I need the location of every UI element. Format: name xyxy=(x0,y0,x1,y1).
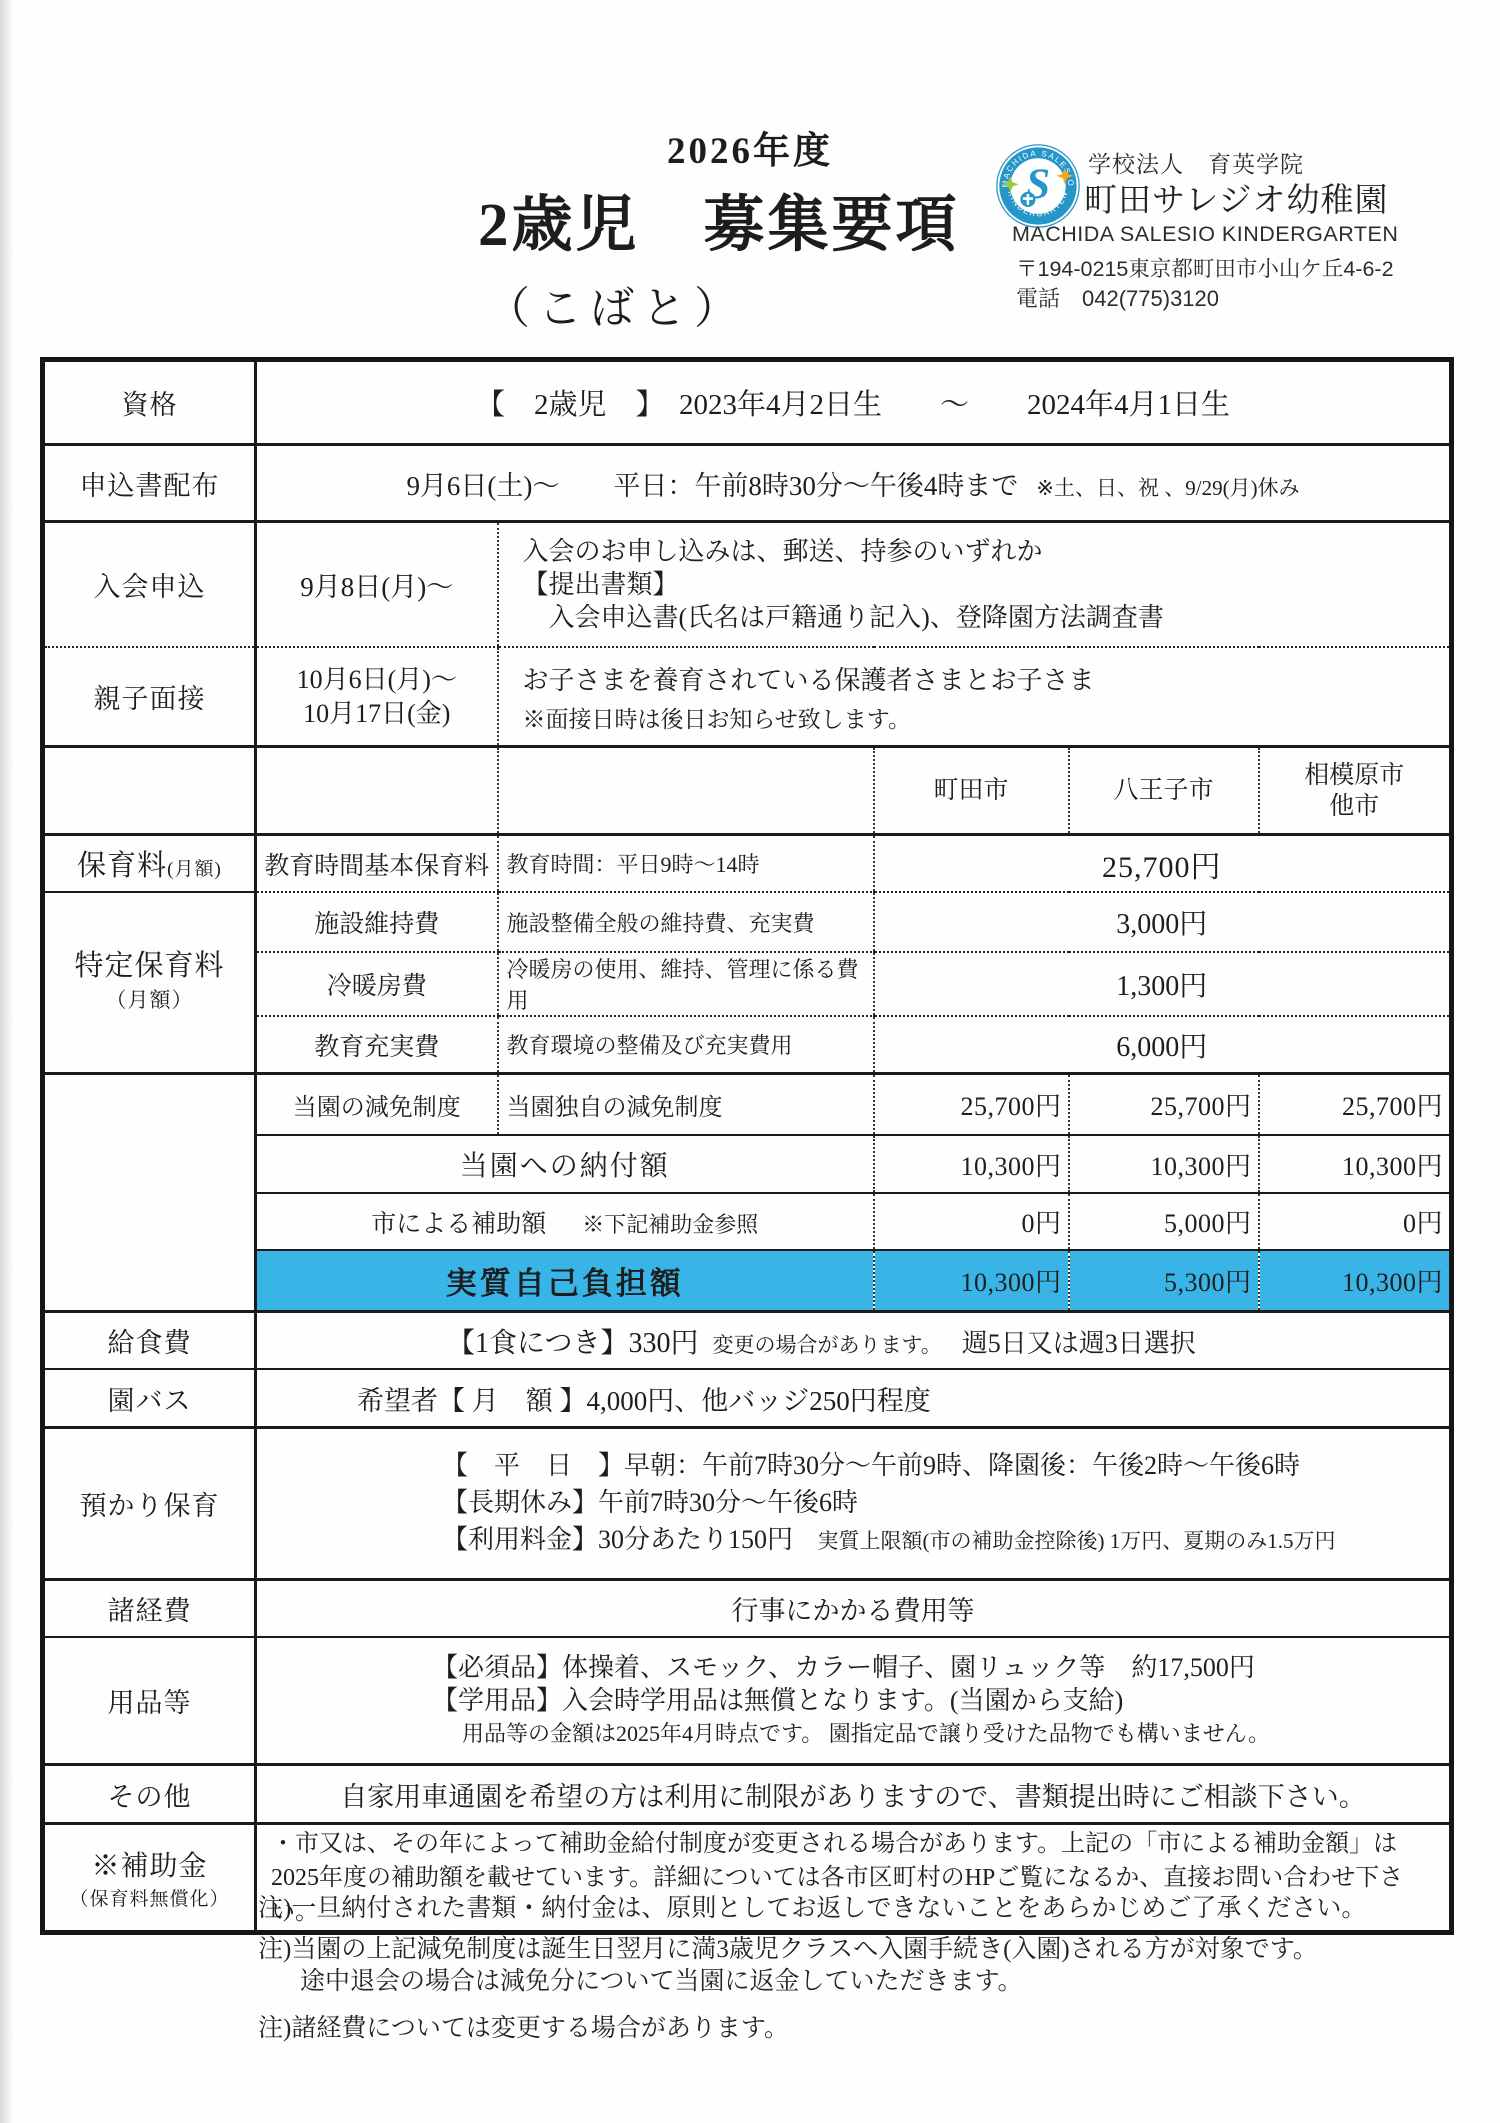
eligibility-label: 資格 xyxy=(43,360,256,445)
application-line-2: 【提出書類】 xyxy=(523,568,1450,601)
application-details: 入会のお申し込みは、郵送、持参のいずれか 【提出書類】 入会申込書(氏名は戸籍通… xyxy=(498,522,1452,648)
row-form-distribution: 申込書配布 9月6日(土)～ 平日：午前8時30分～午後4時まで ※土、日、祝 … xyxy=(43,445,1452,522)
form-distribution-note: ※土、日、祝 、9/29(月)休み xyxy=(1036,476,1299,500)
row-application: 入会申込 9月8日(月)～ 入会のお申し込みは、郵送、持参のいずれか 【提出書類… xyxy=(43,522,1452,648)
row-facility-fee: 特定保育料 （月額） 施設維持費 施設整備全般の維持費、充実費 3,000円 xyxy=(43,892,1452,952)
other-label: その他 xyxy=(43,1765,256,1824)
kindergarten-phone: 電話 042(775)3120 xyxy=(1016,282,1219,313)
subsidy-name-cell: 市による補助額 ※下記補助金参照 xyxy=(256,1193,874,1250)
extended-care-line-3-small: 実質上限額(市の補助金控除後) 1万円、夏期のみ1.5万円 xyxy=(818,1529,1336,1553)
specific-fee-label-main: 特定保育料 xyxy=(45,949,254,983)
reduction-section-spacer xyxy=(43,1074,256,1312)
interview-details: お子さまを養育されている保護者さまとお子さま ※面接日時は後日お知らせ致します。 xyxy=(498,647,1452,747)
heating-fee-desc: 冷暖房の使用、維持、管理に係る費用 xyxy=(498,952,874,1016)
row-supplies: 用品等 【必須品】体操着、スモック、カラー帽子、園リュック等 約17,500円 … xyxy=(43,1637,1452,1765)
row-tuition: 保育料(月額) 教育時間基本保育料 教育時間：平日9時～14時 25,700円 xyxy=(43,835,1452,893)
lunch-fee-content: 【1食につき】330円 変更の場合があります。 週5日又は週3日選択 xyxy=(256,1312,1452,1370)
tuition-label-main: 保育料 xyxy=(77,850,167,882)
other-content: 自家用車通園を希望の方は利用に制限がありますので、書類提出時にご相談下さい。 xyxy=(256,1765,1452,1824)
row-other: その他 自家用車通園を希望の方は利用に制限がありますので、書類提出時にご相談下さ… xyxy=(43,1765,1452,1824)
misc-expenses-label: 諸経費 xyxy=(43,1580,256,1638)
specific-fee-label-small: （月額） xyxy=(45,983,254,1017)
net-cost-value-sagamihara: 10,300円 xyxy=(1259,1250,1452,1312)
interview-date-end: 10月17日(金) xyxy=(257,697,497,731)
payment-name: 当園への納付額 xyxy=(256,1135,874,1193)
row-extended-care: 預かり保育 【 平 日 】早朝：午前7時30分～午前9時、降園後：午後2時～午後… xyxy=(43,1428,1452,1580)
subsidy-name: 市による補助額 xyxy=(371,1211,546,1238)
kindergarten-logo-icon: MACHIDA SALESIO KINDERGARTEN S xyxy=(996,144,1080,228)
tuition-value: 25,700円 xyxy=(874,835,1452,893)
extended-care-line-2: 【長期休み】午前7時30分～午後6時 xyxy=(442,1484,1449,1521)
application-label: 入会申込 xyxy=(43,522,256,648)
extended-care-line-3: 【利用料金】30分あたり150円 実質上限額(市の補助金控除後) 1万円、夏期の… xyxy=(442,1521,1449,1560)
bus-label: 園バス xyxy=(43,1369,256,1428)
row-eligibility: 資格 【 2歳児 】 2023年4月2日生 ～ 2024年4月1日生 xyxy=(43,360,1452,445)
subsidy-note: ※下記補助金参照 xyxy=(582,1212,758,1237)
interview-date: 10月6日(月)～ 10月17日(金) xyxy=(256,647,498,747)
scan-edge xyxy=(0,0,14,2123)
city-header-spacer-3 xyxy=(498,747,874,835)
footer-notes: 注)一旦納付された書類・納付金は、原則としてお返しできないことをあらかじめご了承… xyxy=(258,1893,1448,2045)
city-header-hachioji: 八王子市 xyxy=(1069,747,1259,835)
row-reduction: 当園の減免制度 当園独自の減免制度 25,700円 25,700円 25,700… xyxy=(43,1074,1452,1136)
subsidy-info-label-small: （保育料無償化） xyxy=(45,1884,254,1911)
reduction-name: 当園の減免制度 xyxy=(256,1074,498,1136)
footer-note-3: 注)諸経費については変更する場合があります。 xyxy=(258,2013,1448,2045)
interview-content: お子さまを養育されている保護者さまとお子さま xyxy=(523,660,1450,697)
city-header-machida: 町田市 xyxy=(874,747,1069,835)
interview-note: ※面接日時は後日お知らせ致します。 xyxy=(523,701,1450,734)
education-fee-value: 6,000円 xyxy=(874,1016,1452,1074)
document-page: 2026年度 2歳児 募集要項 （こばと） MACHIDA SALESIO KI… xyxy=(0,0,1500,2123)
document-year: 2026年度 xyxy=(560,120,940,174)
extended-care-label: 預かり保育 xyxy=(43,1428,256,1580)
supplies-line-1: 【必須品】体操着、スモック、カラー帽子、園リュック等 約17,500円 xyxy=(432,1651,1449,1684)
facility-fee-desc: 施設整備全般の維持費、充実費 xyxy=(498,892,874,952)
heating-fee-name: 冷暖房費 xyxy=(256,952,498,1016)
form-distribution-label: 申込書配布 xyxy=(43,445,256,522)
supplies-small-note: 用品等の金額は2025年4月時点です。 園指定品で譲り受けた品物でも構いません。 xyxy=(432,1717,1449,1750)
tuition-item: 教育時間基本保育料 xyxy=(256,835,498,893)
tuition-desc: 教育時間：平日9時～14時 xyxy=(498,835,874,893)
extended-care-line-1: 【 平 日 】早朝：午前7時30分～午前9時、降園後：午後2時～午後6時 xyxy=(442,1447,1449,1484)
footer-note-2: 注)当園の上記減免制度は誕生日翌月に満3歳児クラスへ入園手続き(入園)される方が… xyxy=(258,1934,1448,1966)
application-line-1: 入会のお申し込みは、郵送、持参のいずれか xyxy=(523,535,1450,568)
facility-fee-name: 施設維持費 xyxy=(256,892,498,952)
specific-fee-label: 特定保育料 （月額） xyxy=(43,892,256,1074)
kindergarten-name: 町田サレジオ幼稚園 xyxy=(1084,174,1389,221)
extended-care-line-3-main: 【利用料金】30分あたり150円 xyxy=(442,1525,793,1554)
interview-date-start: 10月6日(月)～ xyxy=(257,663,497,697)
supplies-content: 【必須品】体操着、スモック、カラー帽子、園リュック等 約17,500円 【学用品… xyxy=(256,1637,1452,1765)
application-date: 9月8日(月)～ xyxy=(256,522,498,648)
city-header-sagamihara: 相模原市 他市 xyxy=(1259,747,1452,835)
reduction-value-machida: 25,700円 xyxy=(874,1074,1069,1136)
subsidy-value-hachioji: 5,000円 xyxy=(1069,1193,1259,1250)
form-distribution-main: 9月6日(土)～ 平日：午前8時30分～午後4時まで xyxy=(406,471,1018,501)
kindergarten-name-english: MACHIDA SALESIO KINDERGARTEN xyxy=(1012,222,1398,247)
row-misc-expenses: 諸経費 行事にかかる費用等 xyxy=(43,1580,1452,1638)
payment-value-sagamihara: 10,300円 xyxy=(1259,1135,1452,1193)
document-title: 2歳児 募集要項 xyxy=(478,176,960,263)
row-city-header: 町田市 八王子市 相模原市 他市 xyxy=(43,747,1452,835)
subsidy-info-label-main: ※補助金 xyxy=(45,1844,254,1884)
document-subtitle: （こばと） xyxy=(486,272,746,336)
tuition-label-small: (月額) xyxy=(167,859,222,880)
row-interview: 親子面接 10月6日(月)～ 10月17日(金) お子さまを養育されている保護者… xyxy=(43,647,1452,747)
city-header-spacer-1 xyxy=(43,747,256,835)
row-lunch-fee: 給食費 【1食につき】330円 変更の場合があります。 週5日又は週3日選択 xyxy=(43,1312,1452,1370)
tuition-label: 保育料(月額) xyxy=(43,835,256,893)
reduction-value-hachioji: 25,700円 xyxy=(1069,1074,1259,1136)
subsidy-value-sagamihara: 0円 xyxy=(1259,1193,1452,1250)
interview-label: 親子面接 xyxy=(43,647,256,747)
education-fee-desc: 教育環境の整備及び充実費用 xyxy=(498,1016,874,1074)
application-line-3: 入会申込書(氏名は戸籍通り記入)、登降園方法調査書 xyxy=(523,601,1450,634)
kindergarten-address: 〒194-0215東京都町田市小山ケ丘4-6-2 xyxy=(1016,252,1394,283)
payment-value-hachioji: 10,300円 xyxy=(1069,1135,1259,1193)
reduction-value-sagamihara: 25,700円 xyxy=(1259,1074,1452,1136)
footer-note-2b: 途中退会の場合は減免分について当園に返金していただきます。 xyxy=(258,1966,1448,1998)
footer-note-1: 注)一旦納付された書類・納付金は、原則としてお返しできないことをあらかじめご了承… xyxy=(258,1893,1448,1925)
education-fee-name: 教育充実費 xyxy=(256,1016,498,1074)
subsidy-value-machida: 0円 xyxy=(874,1193,1069,1250)
supplies-line-2: 【学用品】入会時学用品は無償となります。(当園から支給) xyxy=(432,1684,1449,1717)
extended-care-content: 【 平 日 】早朝：午前7時30分～午前9時、降園後：午後2時～午後6時 【長期… xyxy=(256,1428,1452,1580)
misc-expenses-content: 行事にかかる費用等 xyxy=(256,1580,1452,1638)
payment-value-machida: 10,300円 xyxy=(874,1135,1069,1193)
subsidy-info-label: ※補助金 （保育料無償化） xyxy=(43,1824,256,1933)
eligibility-content: 【 2歳児 】 2023年4月2日生 ～ 2024年4月1日生 xyxy=(256,360,1452,445)
facility-fee-value: 3,000円 xyxy=(874,892,1452,952)
net-cost-value-machida: 10,300円 xyxy=(874,1250,1069,1312)
city-header-spacer-2 xyxy=(256,747,498,835)
lunch-fee-small: 変更の場合があります。 xyxy=(712,1333,941,1357)
net-cost-value-hachioji: 5,300円 xyxy=(1069,1250,1259,1312)
recruitment-table: 資格 【 2歳児 】 2023年4月2日生 ～ 2024年4月1日生 申込書配布… xyxy=(40,357,1454,1935)
lunch-fee-main: 【1食につき】330円 xyxy=(447,1328,698,1359)
bus-content: 希望者【 月 額 】4,000円、他バッジ250円程度 xyxy=(256,1369,1452,1428)
supplies-label: 用品等 xyxy=(43,1637,256,1765)
heating-fee-value: 1,300円 xyxy=(874,952,1452,1016)
row-bus: 園バス 希望者【 月 額 】4,000円、他バッジ250円程度 xyxy=(43,1369,1452,1428)
reduction-desc: 当園独自の減免制度 xyxy=(498,1074,874,1136)
net-cost-name: 実質自己負担額 xyxy=(256,1250,874,1312)
form-distribution-content: 9月6日(土)～ 平日：午前8時30分～午後4時まで ※土、日、祝 、9/29(… xyxy=(256,445,1452,522)
lunch-fee-label: 給食費 xyxy=(43,1312,256,1370)
lunch-fee-rest: 週5日又は週3日選択 xyxy=(962,1329,1196,1358)
